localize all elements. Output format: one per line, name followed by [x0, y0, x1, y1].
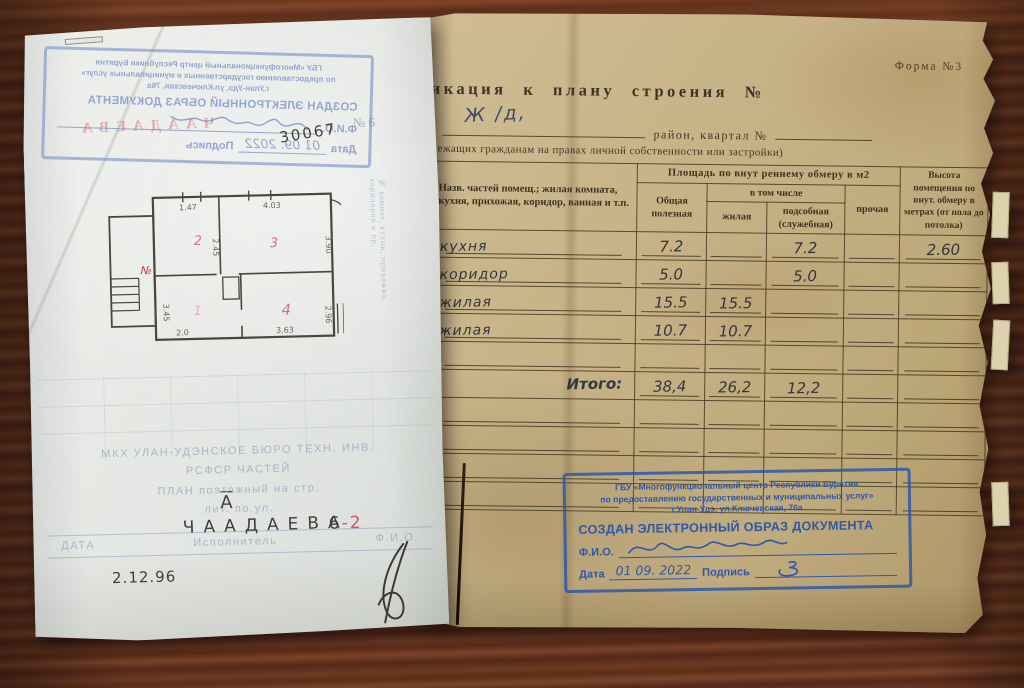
- photo-of-documents: Форма №3 Экспликация к плану строения № …: [0, 0, 1024, 688]
- dim-3-63: 3.63: [276, 326, 294, 335]
- cell-total-label: Итого:: [430, 369, 635, 400]
- cell-total: 10.7: [635, 315, 705, 344]
- col-header-total: Общая полезная: [637, 182, 708, 232]
- torn-edge-backing-tape: [991, 482, 1010, 527]
- right-page-wrap: Форма №3 Экспликация к плану строения № …: [416, 14, 1004, 630]
- cell-aux: [765, 317, 843, 346]
- cell-other: [844, 290, 899, 319]
- ghost-house-number: № 6: [353, 115, 376, 132]
- cell-other: [843, 318, 898, 347]
- torn-edge-backing-tape: [991, 262, 1009, 305]
- cell-height: 2.60: [899, 234, 987, 263]
- dim-4-03: 4.03: [263, 201, 281, 210]
- ghost-sign-label: Подпись: [186, 139, 234, 152]
- electronic-copy-stamp: ГБУ «Многофункциональный центр Республик…: [563, 468, 913, 593]
- cell-height: [898, 318, 986, 347]
- col-header-aux: подсобная (служебная): [767, 202, 845, 234]
- cell-aux: 5.0: [766, 261, 844, 290]
- stamp-date-row: Дата 01 09. 2022 Подпись: [579, 557, 897, 581]
- col-header-other: прочая: [845, 185, 901, 235]
- blank-line: [442, 121, 645, 138]
- signature-squiggle: [759, 558, 807, 579]
- fio-signature-line: [619, 535, 897, 558]
- left-page-wrap: ГБУ «Многофункциональный центр Республик…: [28, 22, 442, 638]
- col-header-room-name: Назв. частей помещ.; жилая комната, кухн…: [432, 161, 638, 231]
- cell-aux: [766, 289, 844, 318]
- cell-other: [844, 234, 899, 263]
- building-outline: [153, 194, 334, 340]
- floor-plan-drawing: 1.47 4.03 3.90 2.45 3.45 2.0 3.63 2.96 1…: [101, 183, 345, 357]
- cell-living: [706, 232, 766, 261]
- cell-living: [706, 260, 766, 289]
- cell-room-name: жилая: [431, 285, 636, 316]
- cell-height: [898, 374, 986, 403]
- cell-other: [843, 374, 898, 403]
- ghost-cell-data: ДАТА: [61, 536, 95, 556]
- explication-table: Назв. частей помещ.; жилая комната, кухн…: [428, 161, 989, 516]
- col-header-including: в том числе: [707, 183, 845, 203]
- cell-height: [899, 290, 987, 319]
- torn-edge-backing-tape: [991, 192, 1010, 239]
- cell-total: 7.2: [636, 231, 706, 260]
- cell-total: 38,4: [635, 371, 705, 400]
- stamp-fio-row: Ф.И.О.: [579, 535, 897, 559]
- ghost-vertical-column-text: № комнат, кухни, прихожих, коридоров и п…: [368, 178, 390, 348]
- house-flat-number: 6-2: [329, 513, 363, 534]
- staple: [65, 36, 103, 45]
- flat-number: -2: [341, 513, 362, 534]
- room-4-label: 4: [281, 301, 291, 319]
- cell-room-name: кухня: [431, 229, 636, 260]
- room-2-label: 2: [194, 234, 203, 249]
- dim-3-45: 3.45: [161, 304, 170, 322]
- sign-label: Подпись: [702, 566, 750, 579]
- signature-line: [755, 557, 898, 578]
- stamp-title: СОЗДАН ЭЛЕКТРОННЫЙ ОБРАЗ ДОКУМЕНТА: [578, 518, 896, 537]
- ghost-date-label: Дата: [331, 143, 357, 156]
- dim-2-0: 2.0: [176, 328, 189, 337]
- col-header-living: жилая: [707, 201, 767, 233]
- cell-room-name: жилая: [430, 313, 635, 344]
- cell-height: [899, 262, 987, 291]
- dim-2-45: 2.45: [211, 238, 220, 256]
- blank-line: [775, 125, 872, 141]
- fio-label: Ф.И.О.: [579, 546, 614, 559]
- table-header: Назв. частей помещ.; жилая комната, кухн…: [432, 161, 989, 235]
- date-handwritten: 2.12.96: [112, 568, 177, 588]
- cell-room-name: коридор: [431, 257, 636, 288]
- cell-living: 15.5: [706, 288, 766, 317]
- col-header-height: Высота помещения по внут. обмеру в метра…: [900, 167, 989, 236]
- cell-other: [844, 262, 899, 291]
- room-3-label: 3: [270, 236, 279, 251]
- stairs-hatching: [111, 278, 140, 311]
- cell-total: 5.0: [636, 259, 706, 288]
- cell-total: 15.5: [636, 287, 706, 316]
- cell-living: 26,2: [705, 372, 765, 401]
- floor-plan-page: ГБУ «Многофункциональный центр Республик…: [21, 17, 450, 643]
- interior-walls: [153, 194, 334, 340]
- executor-signature: [351, 535, 429, 633]
- date-label: Дата: [579, 568, 605, 580]
- date-value: 01 09. 2022: [609, 562, 697, 580]
- district-label: район, квартал №: [653, 127, 767, 143]
- dim-3-90: 3.90: [324, 236, 333, 254]
- red-number-mark: №: [139, 264, 152, 277]
- torn-edge-backing-tape: [991, 320, 1011, 371]
- house-number: 6: [329, 513, 342, 533]
- form-number: Форма №3: [895, 60, 963, 73]
- cell-aux: 12,2: [765, 373, 843, 402]
- fio-signature-squiggle: [623, 534, 793, 559]
- explication-form-page: Форма №3 Экспликация к плану строения № …: [412, 10, 1007, 633]
- district-row: район, квартал №: [442, 121, 872, 145]
- mirrored-stamp-bleedthrough: ГБУ «Многофункциональный центр Республик…: [41, 46, 374, 169]
- room-1-label: 1: [193, 304, 202, 319]
- dim-1-47: 1.47: [179, 203, 197, 212]
- litera-mark: А: [220, 492, 233, 513]
- cell-aux: 7.2: [766, 233, 844, 262]
- cell-living: 10.7: [705, 316, 765, 345]
- dim-2-96: 2.96: [323, 306, 332, 324]
